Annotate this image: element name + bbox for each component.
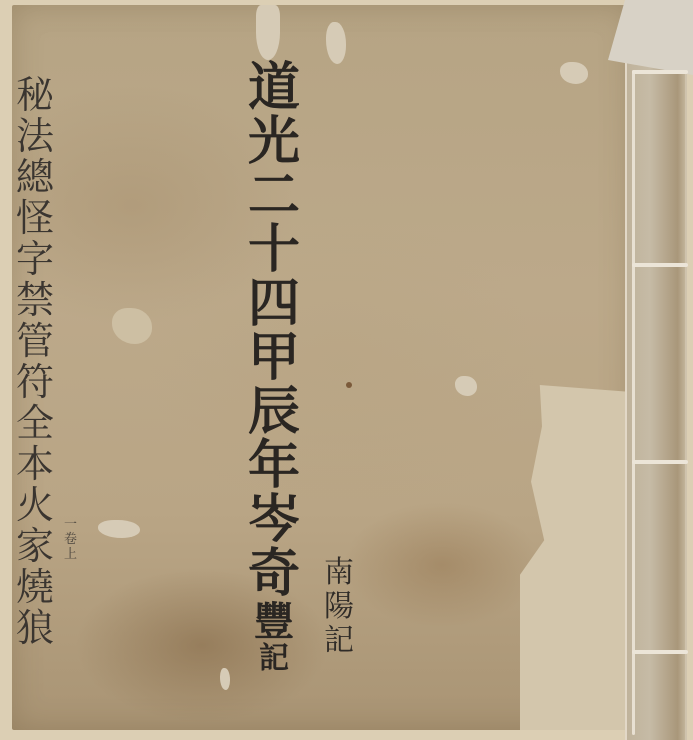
- main-title-column: 道 光 二 十 四 甲 辰 年 岑 奇 豐 記: [248, 62, 300, 674]
- binding-thread-stitch: [632, 263, 688, 267]
- binding-thread-stitch: [632, 460, 688, 464]
- binding-thread-vertical: [632, 70, 635, 735]
- title-char: 辰: [248, 386, 300, 438]
- left-inscription-column: 秘 法 總 怪 字 禁 管 符 全 本 火 家 燒 狼: [16, 76, 54, 647]
- side-note-column: 南 陽 記: [324, 558, 354, 656]
- inscription-char: 家: [16, 527, 54, 565]
- title-char: 記: [259, 644, 289, 674]
- inscription-char: 狼: [16, 609, 54, 647]
- title-char: 岑: [248, 494, 300, 546]
- binding-thread-stitch: [632, 650, 688, 654]
- inscription-char: 禁: [16, 281, 54, 319]
- inscription-char: 全: [16, 404, 54, 442]
- title-char: 光: [248, 116, 300, 168]
- inscription-char: 火: [16, 486, 54, 524]
- note-char: 上: [64, 548, 77, 561]
- binding-thread-stitch: [632, 70, 688, 74]
- inscription-char: 字: [16, 240, 54, 278]
- title-char: 年: [248, 440, 300, 492]
- inscription-char: 燒: [16, 568, 54, 606]
- inscription-char: 本: [16, 445, 54, 483]
- side-char: 陽: [324, 592, 354, 622]
- paper-loss: [220, 668, 230, 690]
- title-char: 四: [248, 278, 300, 330]
- title-char: 十: [248, 224, 300, 276]
- photo-scene: 道 光 二 十 四 甲 辰 年 岑 奇 豐 記 秘 法 總 怪 字 禁 管 符 …: [0, 0, 693, 740]
- title-char: 奇: [248, 548, 300, 600]
- paper-loss: [256, 5, 280, 60]
- paper-loss: [326, 22, 346, 64]
- title-char: 二: [248, 170, 300, 222]
- ink-spot: [346, 382, 352, 388]
- inscription-char: 怪: [16, 199, 54, 237]
- inscription-char: 符: [16, 363, 54, 401]
- inscription-char: 秘: [16, 76, 54, 114]
- note-char: 卷: [64, 533, 77, 546]
- title-char: 道: [248, 62, 300, 114]
- inscription-char: 管: [16, 322, 54, 360]
- inscription-char: 法: [16, 117, 54, 155]
- paper-loss: [560, 62, 588, 84]
- side-char: 南: [324, 558, 354, 588]
- marginal-note-column: 一 卷 上: [64, 518, 77, 561]
- title-char: 甲: [248, 332, 300, 384]
- title-char: 豐: [254, 602, 294, 642]
- paper-loss: [455, 376, 477, 396]
- inscription-char: 總: [16, 158, 54, 196]
- note-char: 一: [64, 518, 77, 531]
- side-char: 記: [324, 626, 354, 656]
